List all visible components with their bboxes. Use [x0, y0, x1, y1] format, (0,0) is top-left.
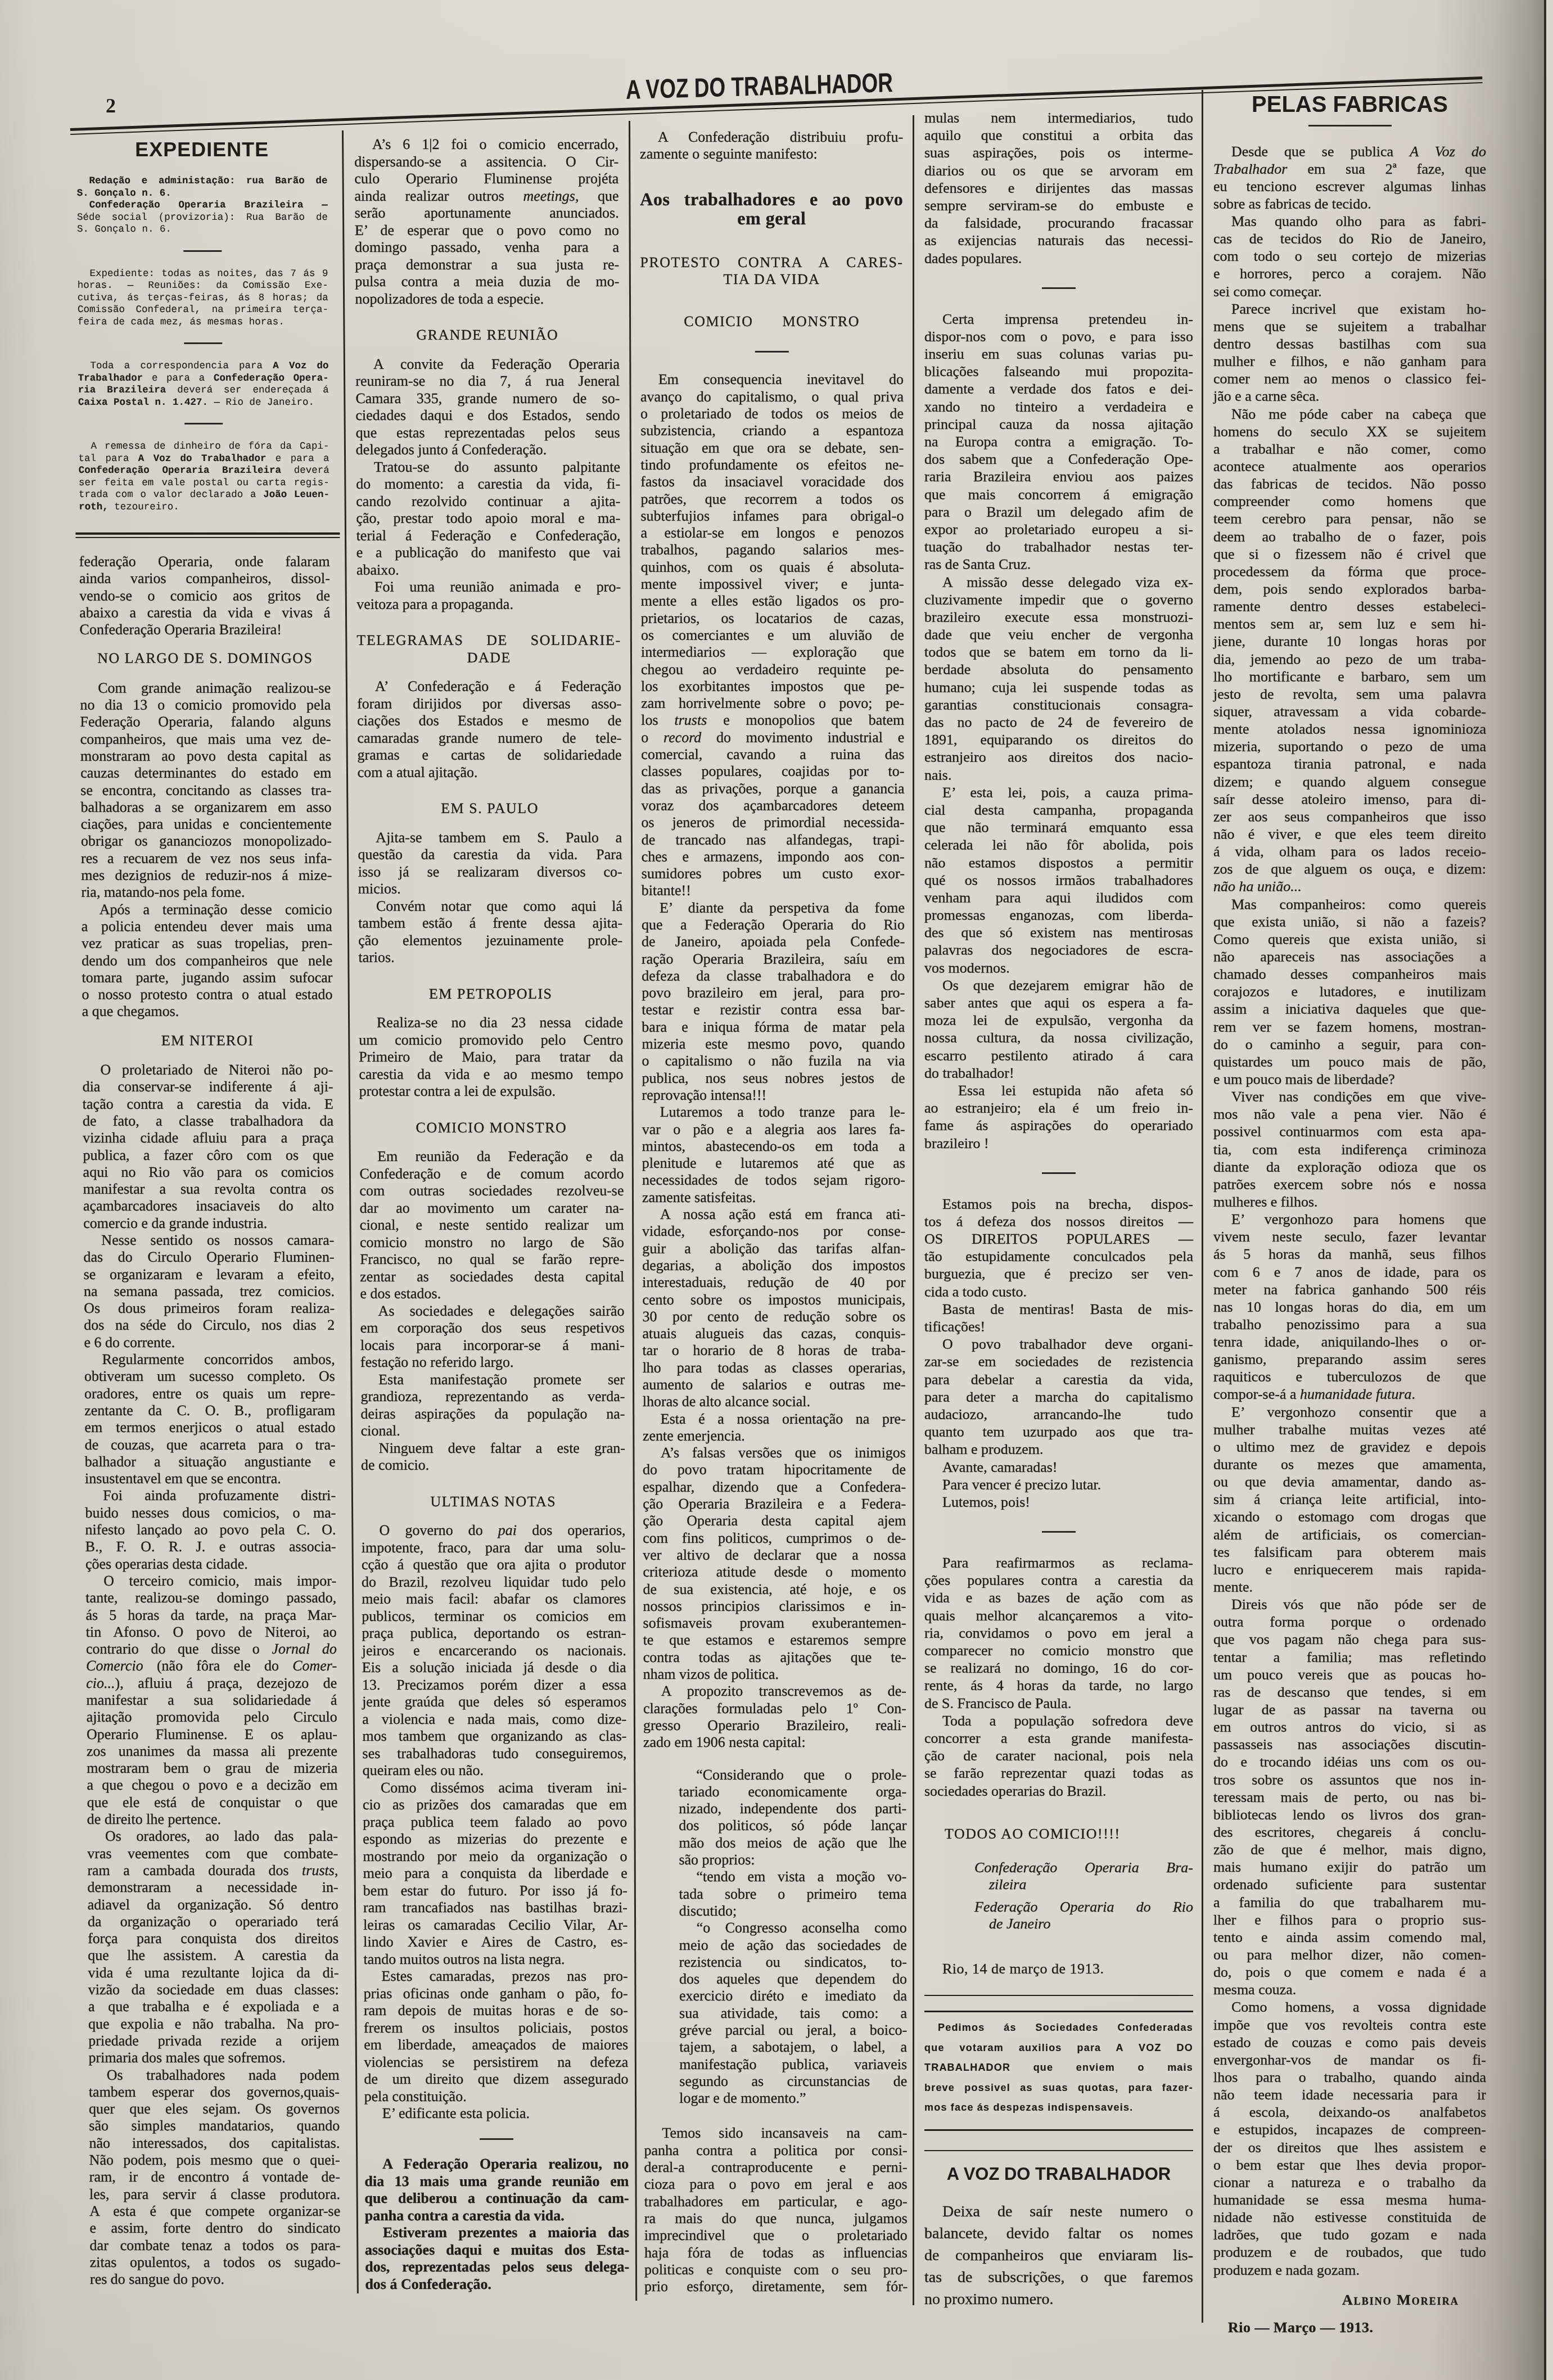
italic-text: Comercio [86, 1658, 143, 1674]
text-line: venham para aqui iludidos com [924, 889, 1193, 906]
text-line: tros sobre os assuntos que nos in- [1213, 1771, 1486, 1789]
text-line: ao estranjeiro; ela é um freio in- [924, 1099, 1193, 1117]
text-line: zentante da C. O. B., profligaram [84, 1402, 335, 1419]
text-line: da falsidade, procurando fracassar [924, 214, 1193, 232]
paragraph: Não me póde caber na cabeça quehomens do… [1213, 405, 1486, 896]
text-line: gresso Operario Brazileiro, reali- [643, 1717, 906, 1734]
text-line: Ninguem deve faltar a este gran- [361, 1440, 625, 1457]
text-line: defensores e dirijentes das massas [924, 179, 1193, 197]
text-line: A’s falsas versões que os inimigos [643, 1444, 906, 1461]
text-line: cauzas determinantes do estado em [80, 765, 331, 782]
text-line: tindo profundamente os efeitos ne- [640, 457, 904, 473]
section-heading: TODOS AO COMICIO!!!! [924, 1825, 1193, 1842]
text-line: trada com o valor declarado a João Leuen… [79, 489, 329, 502]
paragraph: Direis vós que não póde ser deoutra form… [1213, 1596, 1486, 1998]
text-line: inseriu em suas colunas varias pu- [924, 345, 1193, 363]
text-line: vidade, esforçando-nos por conse- [642, 1223, 905, 1240]
paragraph: Como dissémos acima tiveram ini-cio as p… [363, 1780, 628, 1968]
text-line: Como quereis que exista união, si [1213, 931, 1486, 948]
text-line: ria, convidamos o povo em jeral a [924, 1624, 1193, 1642]
text-line: protestar contra a lei de expulsão. [359, 1083, 624, 1100]
text-line: exercicio diréto e imediato da [679, 1988, 907, 2004]
text-line: zentar as sociedades desta capital [360, 1268, 624, 1286]
text-line: Não podem, pois mesmo que o quei- [89, 2152, 340, 2169]
text-line: a trabalhar e não comer, como [1213, 440, 1486, 458]
text-line: situação em que ora se debate, sen- [640, 440, 904, 457]
text-line: Pedimos ás Sociedades Confederadas [924, 2018, 1193, 2038]
text-line: zileira [974, 1876, 1193, 1893]
text-line: quinhos, com os quais é absoluta- [641, 559, 904, 576]
text-line: não estamos dispostos a permitir [924, 854, 1193, 871]
text-line: rezistencia ou sindicatos, to- [679, 1954, 907, 1971]
text-segment: tal para [79, 453, 138, 464]
paragraph: A Federação Operaria realizou, nodia 13 … [364, 2156, 629, 2224]
text-line: garantias constitucionais consagra- [924, 696, 1193, 713]
paragraph: Rio — Março — 1913. [1213, 2319, 1486, 2336]
text-line: classes populares, coajidas por to- [641, 763, 904, 780]
text-line: publicos, terminar os comicios em [362, 1608, 626, 1625]
text-line: Redação e administação: rua Barão de [76, 175, 327, 188]
text-line: assim a iniciativa daqueles que que- [1213, 1000, 1486, 1018]
text-line: comparecer no comicio monstro que [924, 1642, 1193, 1659]
text-line: balhador a situação angustiante e [85, 1453, 336, 1470]
text-line: vizinha cidade afluiu para a praça [83, 1130, 333, 1146]
text-line: PELAS FABRICAS [1213, 93, 1486, 116]
text-line: humanidade se essa mesma huma- [1213, 2191, 1486, 2209]
text-line: A Confederação distribuiu profu- [640, 129, 903, 146]
text-line: Eis a solução iniciada já desde o dia [362, 1659, 626, 1677]
divider-rule [184, 342, 222, 344]
text-line: do momento: a carestia da vida, fi- [356, 476, 620, 493]
text-line: possivel continuarmos com esta apa- [1213, 1123, 1486, 1140]
divider-rule [1042, 1531, 1076, 1533]
text-line: ção Operaria Brazileira e a Federa- [643, 1496, 906, 1512]
text-line: lher e filhos para o proprio sus- [1213, 1911, 1486, 1929]
text-segment: . [1412, 1386, 1416, 1402]
text-line: dendo um dos companheiros que nele [82, 952, 332, 969]
divider-rule [1308, 125, 1392, 127]
text-line: ajitação promovida pelo Circulo [87, 1709, 337, 1726]
text-line: mens que se sujeitem a trabalhar [1213, 318, 1486, 335]
text-line: nham vizos de politica. [643, 1666, 906, 1683]
text-line: tajem, a sabotajem, o label, a [679, 2039, 907, 2056]
text-line: dos aqueles que dependem do [679, 1971, 907, 1988]
text-line: eu tenciono escrever algumas linhas [1213, 178, 1486, 195]
text-line: e um pouco mais de liberdade? [1213, 1071, 1486, 1088]
text-line: mostraram bem o grau de mizeria [87, 1760, 337, 1777]
text-line: os comerciantes e um aluvião de [641, 627, 904, 644]
text-line: contrario do que disse o Jornal do [86, 1641, 337, 1658]
text-line: E’ vergonhozo consentir que a [1213, 1403, 1486, 1421]
text-line: aumento de salarios e outras me- [643, 1376, 906, 1393]
text-line: manifestar a sua revolta contra os [83, 1181, 334, 1198]
text-line: que expolia e não trabalha. Na pro- [88, 2016, 339, 2033]
text-line: não interessados, dos capitalistas. [89, 2135, 340, 2152]
info-paragraph: Redação e administação: rua Barão deS. G… [76, 175, 327, 200]
italic-text: pai [498, 1522, 517, 1538]
text-line: para o Brazil um delegado afim de [924, 503, 1193, 521]
text-line: tão estupidamente conculcados pela [924, 1248, 1193, 1265]
notice-box: Pedimos ás Sociedades Confederadasque vo… [924, 2018, 1193, 2118]
text-line: tal para A Voz do Trabalhador e para a [79, 453, 329, 466]
text-line: clarações formuladas pelo 1º Con- [643, 1700, 906, 1717]
paragraph: Esta manifestação promete sergrandioza, … [360, 1371, 625, 1440]
bold-text: João Leuen- [263, 489, 329, 500]
text-line: te que estamos e estaremos sempre [643, 1632, 906, 1649]
text-line: atuais alugueis das cazas, conquis- [642, 1325, 905, 1342]
text-line: haja fóra de todas as influencias [644, 2244, 908, 2261]
divider-rule [75, 532, 340, 538]
text-line: mulas nem intermediarios, tudo [924, 109, 1193, 127]
paragraph: Em reunião da Federação e daConfederação… [359, 1148, 624, 1303]
text-line: ção, prestar todo apoio moral e ma- [356, 510, 620, 527]
text-line: mos face ás despezas indispensaveis. [924, 2098, 1193, 2118]
text-line: Direis vós que não póde ser de [1213, 1596, 1486, 1613]
text-line: ria Brazileira deverá ser endereçada á [78, 385, 329, 397]
text-line: com todo o seu cortejo de mizerias [1213, 247, 1486, 265]
text-line: 1891, equiparando os direitos do [924, 731, 1193, 748]
text-line: isso já se realizaram diversos co- [358, 864, 622, 881]
paragraph: E’ edificante esta policia. [364, 2105, 629, 2122]
text-line: zamente o seguinte manifesto: [640, 146, 903, 162]
text-line: publica, a fazer côro com os que [83, 1147, 333, 1164]
text-line: dispor-nos com o povo, e para isso [924, 328, 1193, 345]
text-line: DADE [357, 649, 621, 667]
text-line: As sociedades e delegações sairão [360, 1303, 625, 1320]
paragraph: federação Operaria, onde falaramainda va… [79, 553, 331, 638]
text-line: ainda realizar outros meetings, que [354, 188, 619, 205]
text-line: var o pão e a alegria aos lares fa- [642, 1121, 905, 1138]
text-line: cio as prizões dos camaradas que em [363, 1796, 627, 1814]
text-line: saír desse atoleiro imenso, para di- [1213, 791, 1486, 808]
text-line: dia, jemendo ao pezo de um traba- [1213, 651, 1486, 668]
text-line: a violencia e nada mais, como dize- [362, 1711, 626, 1728]
text-line: xando no tinteiro a verdadeira e [924, 398, 1193, 416]
paragraph: Avante, camaradas! [924, 1458, 1193, 1476]
text-line: ção Operaria desta capital ajem [643, 1512, 906, 1529]
text-line: zos unanimes da massa ali prezente [87, 1743, 337, 1760]
text-line: Convém notar que como aqui lá [358, 898, 622, 915]
text-line: raquiticos e tuberculozos de que [1213, 1368, 1486, 1385]
italic-text: não ha união... [1213, 878, 1302, 895]
text-line: mizeria este mesmo povo, quando [642, 1036, 905, 1053]
text-line: mais humano exijir do patrão um [1213, 1858, 1486, 1876]
text-line: em geral [640, 209, 903, 228]
text-line: companheiros, que mais uma vez de- [80, 731, 331, 748]
text-line: em termos enerjicos o atual estado [84, 1419, 335, 1436]
text-line: de sua existencia, até hoje, e os [643, 1581, 906, 1598]
paragraph: Lutaremos a todo tranze para le-var o pã… [642, 1104, 905, 1206]
text-line: ciedades daqui e dos Estados, sendo [355, 407, 620, 424]
text-line: vivem neste seculo, fazer levantar [1213, 1228, 1486, 1245]
text-line: berdade absoluta do pensamento [924, 661, 1193, 678]
text-line: avanço do capitalismo, o qual priva [640, 389, 904, 405]
bold-text: A Voz do Trabalhador [138, 453, 267, 464]
text-line: Foi uma reunião animada e pro- [356, 579, 621, 596]
text-line: necessidades de todos sejam rigoro- [642, 1172, 905, 1189]
text-line: produzem e nada gozam. [1213, 2261, 1486, 2279]
text-line: TELEGRAMAS DE SOLIDARIE- [356, 632, 621, 649]
text-line: cionar a natureza e o trabalho da [1213, 2174, 1486, 2191]
text-line: deral-a contraproducente e perni- [644, 2159, 908, 2176]
paragraph: A’s falsas versões que os inimigosdo pov… [643, 1444, 906, 1683]
divider-rule [1042, 287, 1076, 289]
text-line: Realiza-se no dia 23 nessa cidade [359, 1014, 623, 1032]
text-line: lho mortificante e barbaro, sem um [1213, 668, 1486, 685]
text-line: ção elementos jezuinamente prole- [358, 932, 622, 950]
text-line: Para vencer é precizo lutar. [924, 1476, 1193, 1493]
text-line: estado de couzas e como pais deveis [1213, 2034, 1486, 2051]
paragraph: Deixa de saír neste numero obalancete, d… [924, 2201, 1193, 2310]
text-line: e estupidos, incapazes de compreen- [1213, 2121, 1486, 2138]
text-line: espalhar, dizendo que a Confedera- [643, 1479, 906, 1496]
text-line: tambem esperar dos governos,quais- [89, 2084, 340, 2101]
paragraph: Regularmente concorridos ambos,obtiveram… [84, 1351, 336, 1487]
text-line: não teem idade necessaria para ir [1213, 2086, 1486, 2103]
text-line: trabalhos, pagando salarios mes- [641, 541, 904, 558]
text-line: S. Gonçalo n. 6. [77, 188, 328, 200]
text-line: tambem estão á frente dessa ajita- [358, 915, 622, 932]
bold-text: S. Gonçalo n. 6. [77, 188, 171, 199]
text-line: Em consequencia inevitavel do [640, 371, 904, 388]
text-line: palavras dos negociadores de escra- [924, 941, 1193, 959]
page-number: 2 [106, 94, 116, 117]
text-line: durante os mezes que amamenta, [1213, 1456, 1486, 1473]
text-segment: contrario do que disse o [86, 1641, 272, 1657]
text-line: tentar a familia; mas refletindo [1213, 1649, 1486, 1666]
text-line: são simples mandatarios, quando [89, 2117, 340, 2134]
text-line: do, pois o que comem e nada é a [1213, 1963, 1486, 1981]
text-line: segundo as circunstancias de [679, 2073, 907, 2090]
text-segment: , [335, 1862, 338, 1878]
text-line: bem estar do futuro. Por isso já fo- [363, 1882, 627, 1900]
text-line: los exorbitantes impostos que pe- [641, 678, 904, 695]
text-line: publica, nos seus nobres jestos de [642, 1070, 905, 1087]
text-line: voraz dos açambarcadores deteem [641, 797, 904, 814]
text-line: subterfujios infames para obrigal-o [640, 508, 904, 525]
text-line: lucro e enriquecerem mais rapida- [1213, 1561, 1486, 1578]
text-line: logar e de momento.” [679, 2090, 907, 2107]
text-line: cando rezolvido continuar a ajita- [356, 493, 620, 511]
text-line: intermediarios — exploração que [641, 644, 904, 661]
text-line: A remessa de dinheiro de fóra da Capi- [78, 441, 329, 453]
text-line: ordenado suficiente para sustentar [1213, 1876, 1486, 1893]
text-line: cioza para o povo em jeral e aos [644, 2176, 908, 2193]
text-line: de comicio. [361, 1457, 625, 1474]
text-line: GRANDE REUNIÃO [355, 327, 620, 344]
text-line: vras veementes com que combate- [87, 1845, 338, 1862]
text-line: culo Operario Fluminense projéta [354, 170, 619, 188]
text-line: contra todas as ajitações que te- [643, 1649, 906, 1666]
text-line: com fins politicos, cumprimos o de- [643, 1530, 906, 1547]
text-line: insustentavel em que se encontra. [85, 1470, 336, 1487]
text-segment: Desde que se publica [1231, 143, 1410, 160]
text-line: Com grande animação realizou-se [80, 680, 331, 697]
text-line: los trusts e monopolios que batem [641, 712, 904, 729]
text-line: homens do seculo XX se sujeitem [1213, 423, 1486, 440]
text-line: Regularmente concorridos ambos, [84, 1351, 335, 1368]
paragraph: E’ esta lei, pois, a cauza prima-cial de… [924, 784, 1193, 977]
text-line: a que trabalha e é expoliada e a [88, 1998, 339, 2015]
paragraph: Mas quando olho para as fabri-cas de tec… [1213, 213, 1486, 300]
paragraph: A convite da Federação Operariareuniram-… [355, 356, 620, 459]
text-line: Expediente: todas as noites, das 7 ás 9 [77, 268, 328, 281]
signature: Confederação Operaria Bra-zileiraFederaç… [924, 1859, 1193, 1932]
section-heading: A VOZ DO TRABALHADOR [924, 2163, 1193, 2185]
text-line: Comissão Confederal, na primeira terça- [78, 304, 328, 317]
paragraph: Viver nas condições em que vive-mos não … [1213, 1088, 1486, 1211]
text-line: dar ao movimento um carater na- [360, 1200, 624, 1217]
paragraph: Para vencer é precizo lutar. [924, 1476, 1193, 1493]
text-line: deem ao trabalho de o fazer, pois [1213, 528, 1486, 545]
paragraph: Como homens, a vossa dignidadeimpõe que … [1213, 1998, 1486, 2278]
text-line: passasseis nas associações discutin- [1213, 1736, 1486, 1753]
text-line: queiram eles ou não. [363, 1762, 627, 1780]
text-line: Confederação Operaria Bra- [974, 1859, 1193, 1876]
text-line: Trabalhador em sua 2ª faze, que [1213, 160, 1486, 178]
text-segment: trada com o valor declarado a [79, 489, 263, 500]
text-line: em corporação dos seus respetivos [360, 1320, 625, 1337]
paragraph: Após a terminação desse comicioa policia… [82, 901, 333, 1020]
divider-rule [755, 351, 789, 353]
text-line: bara e iniqua fórma de matar pela [642, 1019, 905, 1036]
text-line: Rio — Março — 1913. [1213, 2319, 1486, 2336]
text-line: ver altivo de declarar que a nossa [643, 1547, 906, 1564]
text-line: ladrões, que tudo gozam e nada [1213, 2226, 1486, 2243]
text-line: cas de tecidos do Rio de Janeiro, [1213, 230, 1486, 247]
text-line: dispersando-se a assitencia. O Cir- [354, 153, 619, 171]
text-line: se encontra, concitando as classes tra- [80, 782, 331, 799]
text-line: E’ vergonhozo para homens que [1213, 1211, 1486, 1228]
text-line: associações daqui e muitas dos Esta- [365, 2242, 629, 2259]
text-line: teem cerebro para pensar, não se [1213, 510, 1486, 527]
text-line: suas aspirações, pois os interme- [924, 144, 1193, 161]
text-line: ria, matando-nos pela fome. [81, 884, 332, 901]
text-line: diante da exploração odioza que os [1213, 1158, 1486, 1176]
info-paragraph: Expediente: todas as noites, das 7 ás 9h… [77, 268, 328, 329]
text-line: nas 10 longas horas do dia, em um [1213, 1298, 1486, 1316]
italic-text: cio... [86, 1675, 115, 1691]
text-line: violencias se persistirem na defeza [364, 2054, 628, 2071]
text-line: Viver nas condições em que vive- [1213, 1088, 1486, 1105]
bold-text: ria Brazileira [78, 385, 166, 396]
divider-rule [183, 250, 222, 252]
text-line: zamente satisfeitas. [642, 1189, 905, 1206]
text-line: Lutemos, pois! [924, 1493, 1193, 1511]
text-segment: em sua 2ª faze, que [1288, 161, 1487, 177]
text-line: compreender como homens que [1213, 493, 1486, 510]
text-line: de trancado nas alfandegas, trapi- [642, 832, 905, 848]
text-line: ses trabalhadoras tudo conseguiremos, [362, 1745, 626, 1763]
text-line: no proximo numero. [924, 2288, 1193, 2310]
text-segment: ), afluiu á praça, dezejozo de [115, 1675, 337, 1691]
text-line: E’ esta lei, pois, a cauza prima- [924, 784, 1193, 801]
italic-text: trusts [302, 1862, 335, 1878]
text-line: de S. Francisco de Paula. [924, 1695, 1193, 1712]
masthead-title: A VOZ DO TRABALHADOR [626, 70, 893, 104]
text-line: força para conquista dos direitos [88, 1930, 338, 1947]
text-line: buido nesses dous comicios, o ma- [85, 1505, 336, 1521]
text-line: balancete, devido faltar os nomes [924, 2223, 1193, 2244]
text-line: Camara 335, grande numero de so- [355, 390, 620, 408]
text-line: Como homens, a vossa dignidade [1213, 1998, 1486, 2016]
text-line: EM NITEROI [82, 1032, 333, 1049]
column-1: EXPEDIENTERedação e administação: rua Ba… [76, 138, 341, 2288]
text-line: domingo passado, venha para a [355, 239, 619, 256]
paragraph: “Considerando que o prole-tariado econom… [643, 1767, 906, 1869]
text-line: além de artificiais, os comercian- [1213, 1526, 1486, 1543]
text-line: PROTESTO CONTRA A CARES- [640, 254, 903, 271]
text-line: trabalhadores em particular, e ago- [644, 2193, 908, 2210]
text-line: carestia da vida e ao mesmo tempo [359, 1066, 623, 1083]
text-line: o record do movimento industrial e [641, 729, 904, 746]
text-line: zitas opulentos, a todos os sugado- [90, 2254, 341, 2271]
text-line: dentro dessas bastilhas com sua [1213, 335, 1486, 353]
text-line: rem ver se fazem homens, mostran- [1213, 1018, 1486, 1036]
text-line: E’ diante da perspetiva da fome [642, 900, 905, 916]
text-line: zente emerjencia. [643, 1428, 906, 1444]
text-line: a policia entendeu dever mais uma [82, 918, 332, 935]
paragraph: Foi ainda profuzamente distri-buido ness… [85, 1487, 336, 1572]
text-line: balhadoras a se organizarem em asso [80, 799, 331, 816]
text-line: corajozos e lutadores, e inutilizam [1213, 983, 1486, 1000]
text-line: Francisco, no qual se farão repre- [360, 1251, 624, 1268]
text-line: Albino Moreira [1213, 2291, 1486, 2309]
text-line: Para reafirmarmos as reclama- [924, 1554, 1193, 1571]
text-line: de Janeiro, apoiada pela Confede- [642, 933, 905, 950]
text-line: de Janeiro [974, 1916, 1193, 1932]
text-line: as exijencias naturais das necessi- [924, 232, 1193, 249]
text-line: A’s 6 1|2 foi o comicio encerrado, [354, 136, 619, 153]
text-line: cional. [361, 1422, 625, 1440]
text-line: trabalho penozissimo para a sua [1213, 1316, 1486, 1333]
text-line: zar-se em sociedades de rezistencia [924, 1353, 1193, 1370]
text-line: festação no referido largo. [360, 1354, 625, 1371]
text-line: quanto tem uzurpado aos que tra- [924, 1423, 1193, 1440]
text-line: veitoza para a propaganda. [356, 596, 621, 613]
italic-text: Jornal do [272, 1641, 337, 1657]
section-heading: EM S. PAULO [358, 800, 622, 818]
section-heading: EXPEDIENTE [76, 138, 327, 161]
paragraph: O governo do pai dos operarios,impotente… [361, 1522, 626, 1780]
paragraph: Mas companheiros: como quereisque exista… [1213, 896, 1486, 1089]
text-line: se organizaram e levaram a efeito, [84, 1266, 335, 1283]
paragraph: E’ diante da perspetiva da fomeque a Fed… [642, 900, 905, 1104]
text-line: TRABALHADOR que enviem o mais [924, 2058, 1193, 2078]
text-line: sofismaveis provam exuberantemen- [643, 1615, 906, 1632]
text-line: discutido; [679, 1903, 907, 1920]
text-line: bitante!! [642, 882, 905, 899]
text-line: nopolizadores de toda a especie. [355, 291, 619, 308]
paragraph: O povo trabalhador deve organi-zar-se em… [924, 1335, 1193, 1458]
text-line: a que chegou o povo e a decizão em [87, 1777, 337, 1794]
text-line: Toda a correspondencia para A Voz do [78, 360, 328, 373]
paragraph: Convém notar que como aqui látambem estã… [358, 898, 623, 967]
text-line: meio de ação das sociedades de [679, 1937, 907, 1954]
text-line: Temos sido incansaveis na cam- [644, 2125, 907, 2142]
text-segment: Toda a correspondencia para [90, 360, 273, 372]
text-line: zado em 1906 nesta capital: [643, 1734, 906, 1751]
text-line: Como dissémos acima tiveram ini- [363, 1780, 627, 1797]
divider-rule [184, 423, 223, 424]
italic-text: trusts [674, 712, 707, 728]
text-line: estranjeiro aos direitos dos nacio- [924, 748, 1193, 766]
text-line: á vida, olham para os lados receio- [1213, 843, 1486, 860]
text-line: na Europa contra a emigração. To- [924, 433, 1193, 450]
paragraph: Essa lei estupida não afeta sóao estranj… [924, 1082, 1193, 1152]
text-line: Séde social (provizoria): Rua Barão de [77, 212, 328, 224]
paragraph: Ajita-se tambem em S. Paulo aquestão da … [358, 829, 622, 898]
